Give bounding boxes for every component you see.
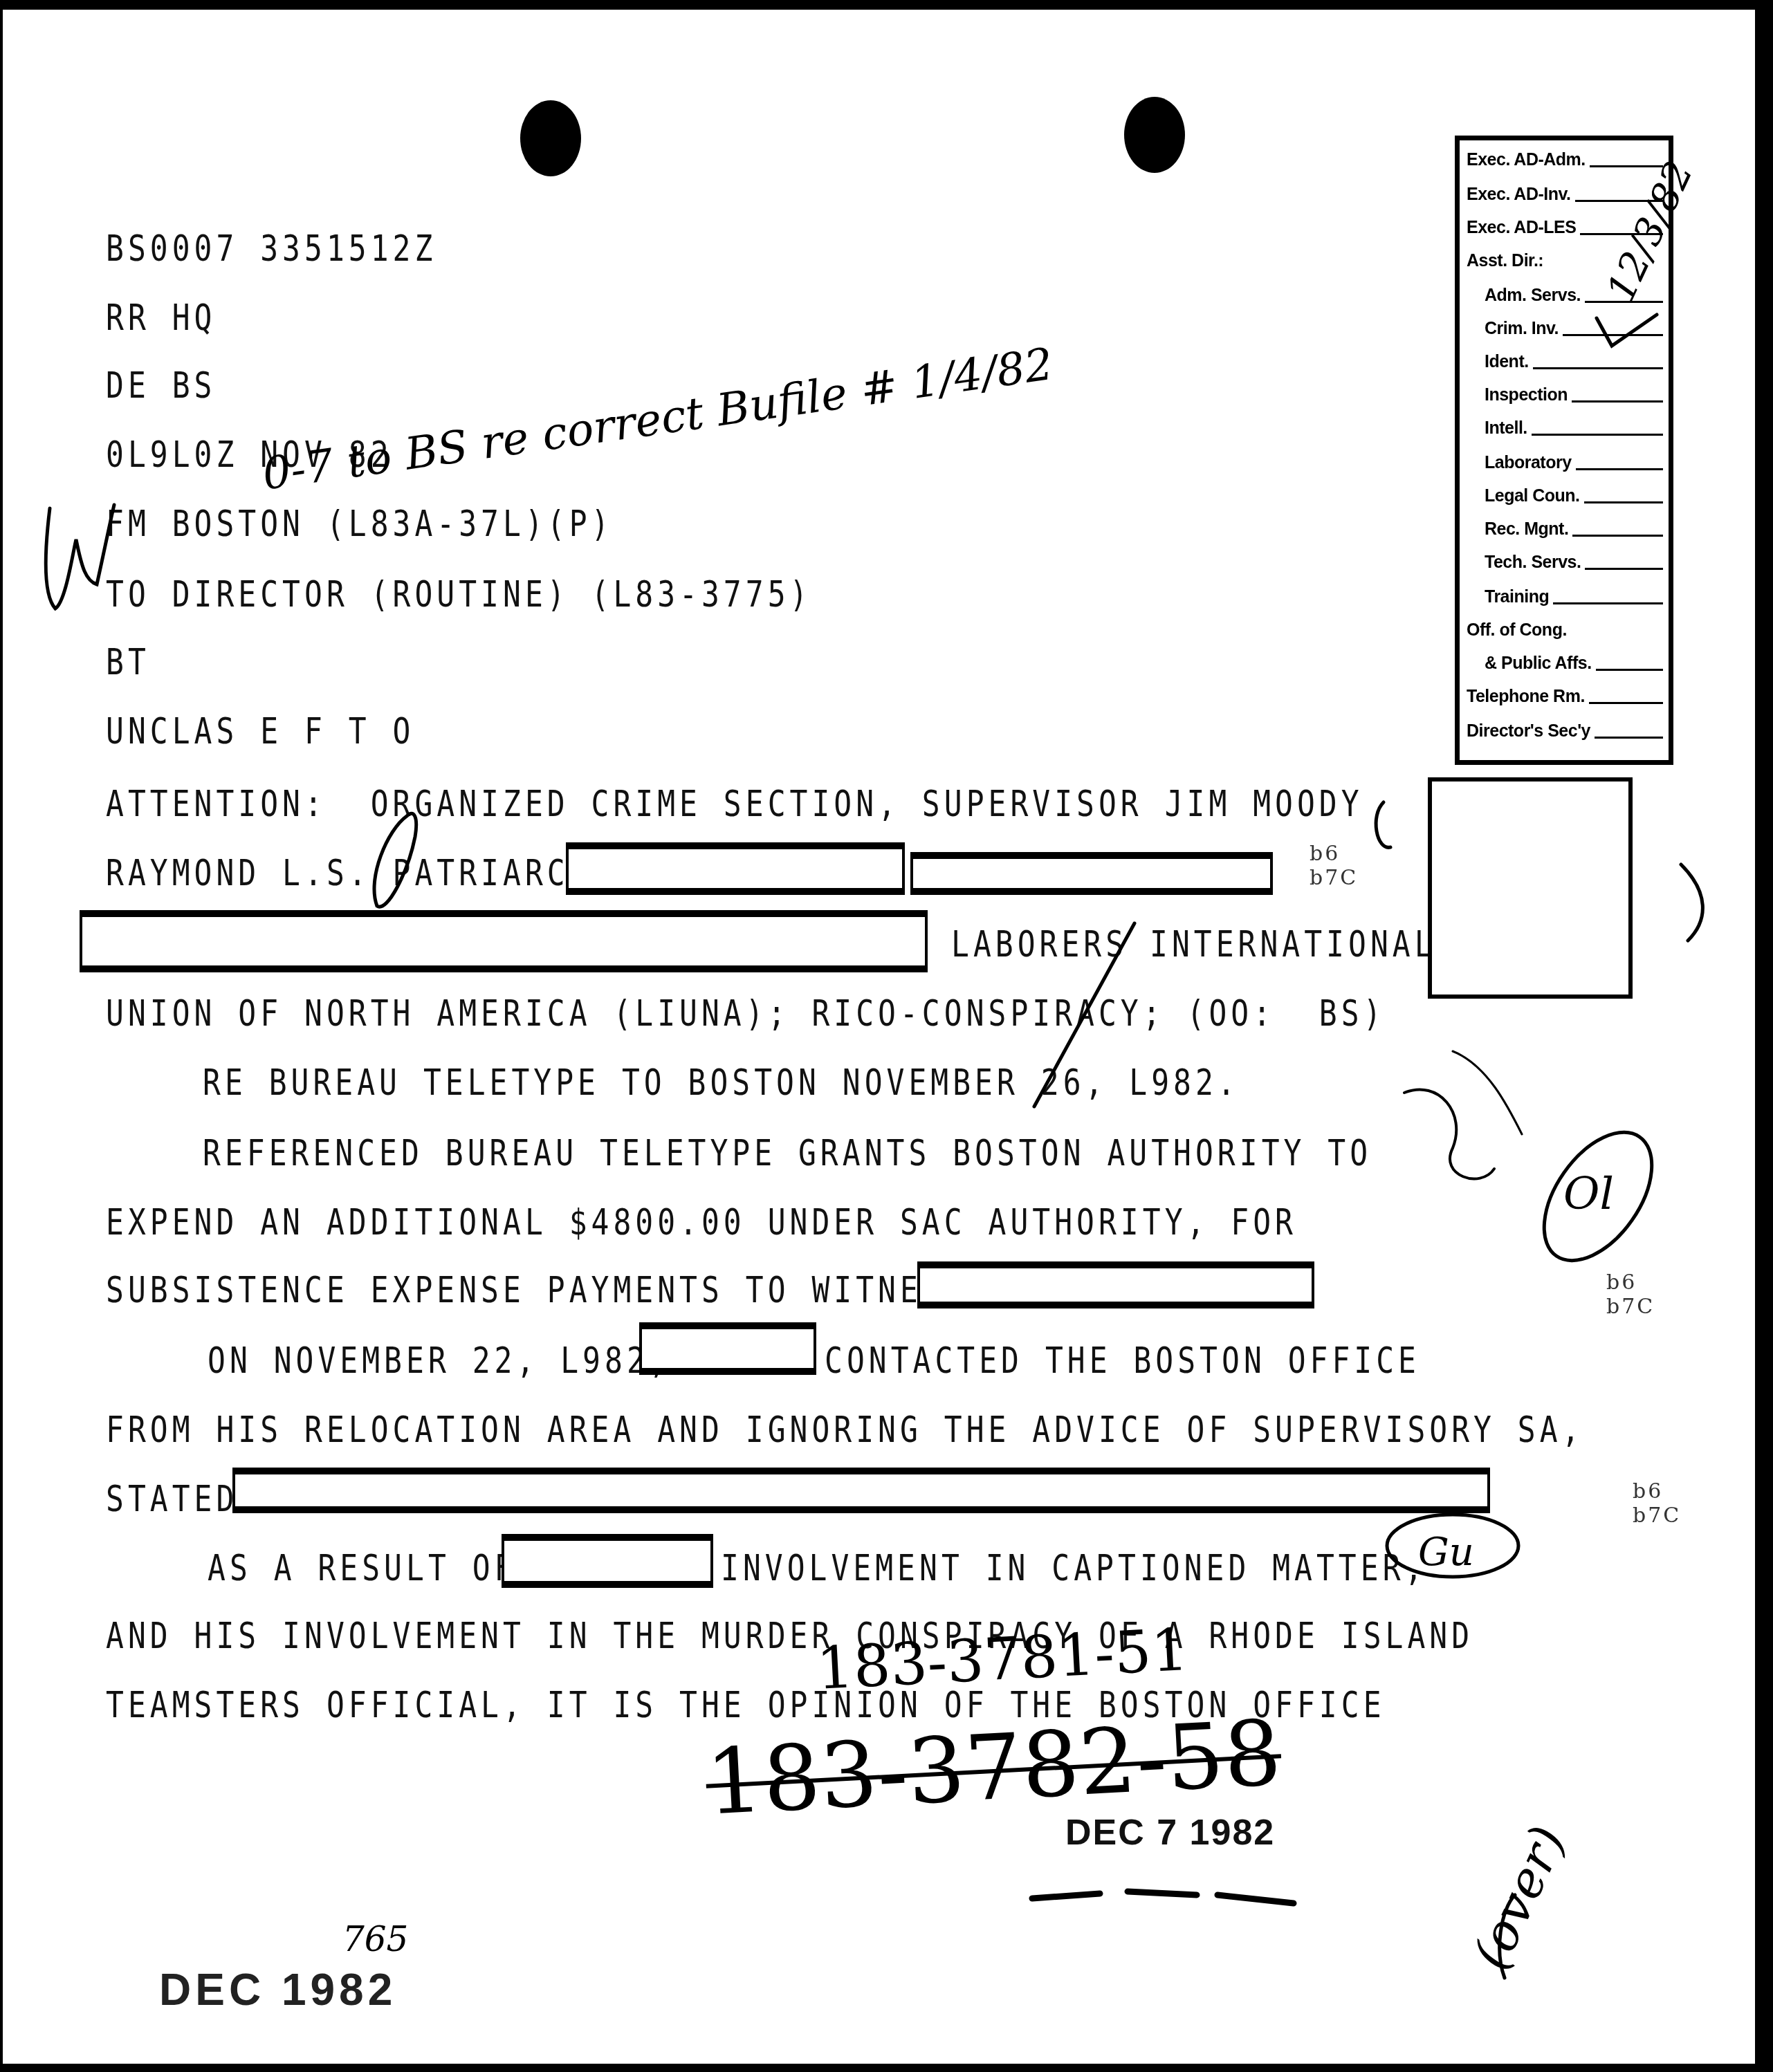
paragraph-1-line-1: REFERENCED BUREAU TELETYPE GRANTS BOSTON…	[203, 1137, 1372, 1172]
reference-line: RE BUREAU TELETYPE TO BOSTON NOVEMBER 26…	[203, 1066, 1240, 1102]
received-date-stamp: DEC 7 1982	[1065, 1812, 1275, 1853]
paragraph-3-line-1b: INVOLVEMENT IN CAPTIONED MATTER,	[721, 1552, 1426, 1587]
filed-date-stamp: DEC 1982	[159, 1964, 396, 2015]
redaction-box	[502, 1534, 713, 1588]
routing-item: Legal Coun.	[1485, 486, 1663, 506]
origin: DE BS	[106, 369, 216, 405]
paragraph-3-line-2: AND HIS INVOLVEMENT IN THE MURDER CONSPI…	[106, 1620, 1473, 1655]
stamp-serial-number: 765	[342, 1919, 408, 1959]
scan-border-right	[1755, 0, 1773, 2072]
routing-item: Laboratory	[1485, 453, 1663, 473]
break-line: BT	[106, 646, 150, 681]
redaction-box	[910, 852, 1273, 895]
paragraph-2-line-1a: ON NOVEMBER 22, L982,	[208, 1344, 671, 1380]
handwritten-circled-initials: Gu	[1418, 1530, 1474, 1575]
redaction-box	[639, 1322, 816, 1375]
routing-item: Crim. Inv.	[1485, 319, 1663, 339]
routing-item: Training	[1485, 587, 1663, 607]
routing-item: Off. of Cong.	[1467, 620, 1663, 640]
handwritten-over-note: (over)	[1461, 1817, 1577, 1977]
paragraph-1-line-3: SUBSISTENCE EXPENSE PAYMENTS TO WITNESS	[106, 1274, 966, 1309]
from-line: FM BOSTON (L83A-37L)(P)	[106, 508, 613, 543]
handwritten-note: 0-7 to BS re correct Bufile # 1/4/82	[259, 339, 1056, 501]
teletype-document-page: BS0007 3351512Z RR HQ DE BS 0L9L0Z NOV 8…	[0, 0, 1773, 2072]
routing-item: Intell.	[1485, 418, 1663, 438]
exemption-label: b6 b7C	[1310, 842, 1358, 890]
redaction-box	[917, 1261, 1314, 1308]
routing-item: Telephone Rm.	[1467, 687, 1663, 707]
paragraph-2-line-3: STATED	[106, 1483, 238, 1518]
handwritten-oval-initials: Ol	[1563, 1169, 1614, 1220]
subject-line-3: UNION OF NORTH AMERICA (LIUNA); RICO-CON…	[106, 997, 1386, 1033]
routing-item: Ident.	[1485, 352, 1663, 372]
message-id: BS0007 3351512Z	[106, 232, 437, 268]
scan-border-top	[0, 0, 1773, 10]
precedence: RR HQ	[106, 302, 216, 337]
scan-border-bottom	[0, 2064, 1773, 2072]
routing-item: Director's Sec'y	[1467, 721, 1663, 741]
routing-item: Exec. AD-Inv.	[1467, 185, 1663, 205]
paragraph-2-line-2: FROM HIS RELOCATION AREA AND IGNORING TH…	[106, 1414, 1584, 1449]
redaction-box	[232, 1468, 1490, 1513]
scan-border-left	[0, 0, 3, 2072]
paragraph-3-line-1a: AS A RESULT OF	[208, 1552, 516, 1587]
routing-item: Rec. Mgnt.	[1485, 519, 1663, 539]
subject-line-2: LABORERS INTERNATIONAL	[951, 928, 1437, 963]
paragraph-1-line-2: EXPEND AN ADDITIONAL $4800.00 UNDER SAC …	[106, 1206, 1297, 1241]
exemption-label: b6 b7C	[1606, 1271, 1655, 1319]
routing-item: & Public Affs.	[1485, 654, 1663, 674]
attention-line: ATTENTION: ORGANIZED CRIME SECTION, SUPE…	[106, 788, 1363, 823]
punch-hole-left	[520, 100, 581, 176]
routing-item: Inspection	[1485, 385, 1663, 405]
exemption-label: b6 b7C	[1633, 1480, 1681, 1528]
redaction-box	[80, 910, 928, 972]
redaction-box	[566, 842, 905, 895]
routing-item: Exec. AD-Adm.	[1467, 150, 1663, 170]
to-line: TO DIRECTOR (ROUTINE) (L83-3775)	[106, 578, 811, 613]
punch-hole-right	[1124, 97, 1185, 173]
paragraph-2-line-1b: CONTACTED THE BOSTON OFFICE	[825, 1344, 1420, 1380]
redaction-box	[1428, 777, 1633, 999]
subject-line-1: RAYMOND L.S. PATRIARCA;	[106, 857, 613, 892]
routing-item: Tech. Servs.	[1485, 553, 1663, 573]
classification: UNCLAS E F T O	[106, 715, 414, 750]
